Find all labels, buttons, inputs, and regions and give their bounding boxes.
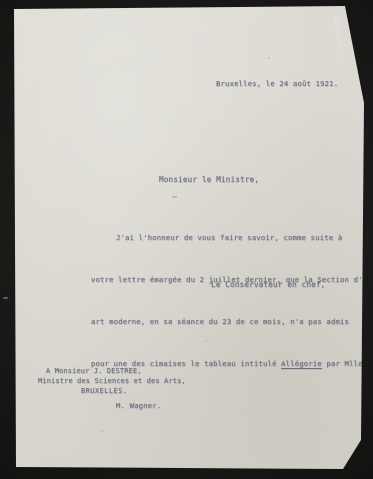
address-line-city: BRUXELLES. (81, 387, 128, 395)
address-line-title: Ministre des Sciences et des Arts, (38, 377, 186, 385)
background-speck (3, 297, 8, 299)
date-line: Bruxelles, le 24 août 1921. (216, 79, 338, 88)
body-line-5: M. Wagner. (91, 399, 349, 413)
paper-speck (268, 57, 270, 59)
letter-paper: Bruxelles, le 24 août 1921. Monsieur le … (13, 6, 365, 469)
address-line-recipient: A Monsieur J. DESTREE, (46, 367, 142, 375)
closing-signature-title: Le Conservateur en chef, (211, 280, 326, 289)
salutation: Monsieur le Ministre, (159, 175, 259, 184)
paper-crease (333, 15, 354, 114)
body-line-1: J'ai l'honneur de vous faire savoir, com… (91, 231, 349, 245)
letter-body: J'ai l'honneur de vous faire savoir, com… (91, 203, 349, 441)
body-line-4-post: par Mlle (322, 359, 363, 368)
body-line-3: art moderne, en sa séance du 23 de ce mo… (91, 315, 349, 329)
salutation-dash: — (172, 192, 177, 201)
scan-background: Bruxelles, le 24 août 1921. Monsieur le … (0, 0, 373, 479)
artwork-title-underlined: Allégorie (281, 359, 322, 368)
